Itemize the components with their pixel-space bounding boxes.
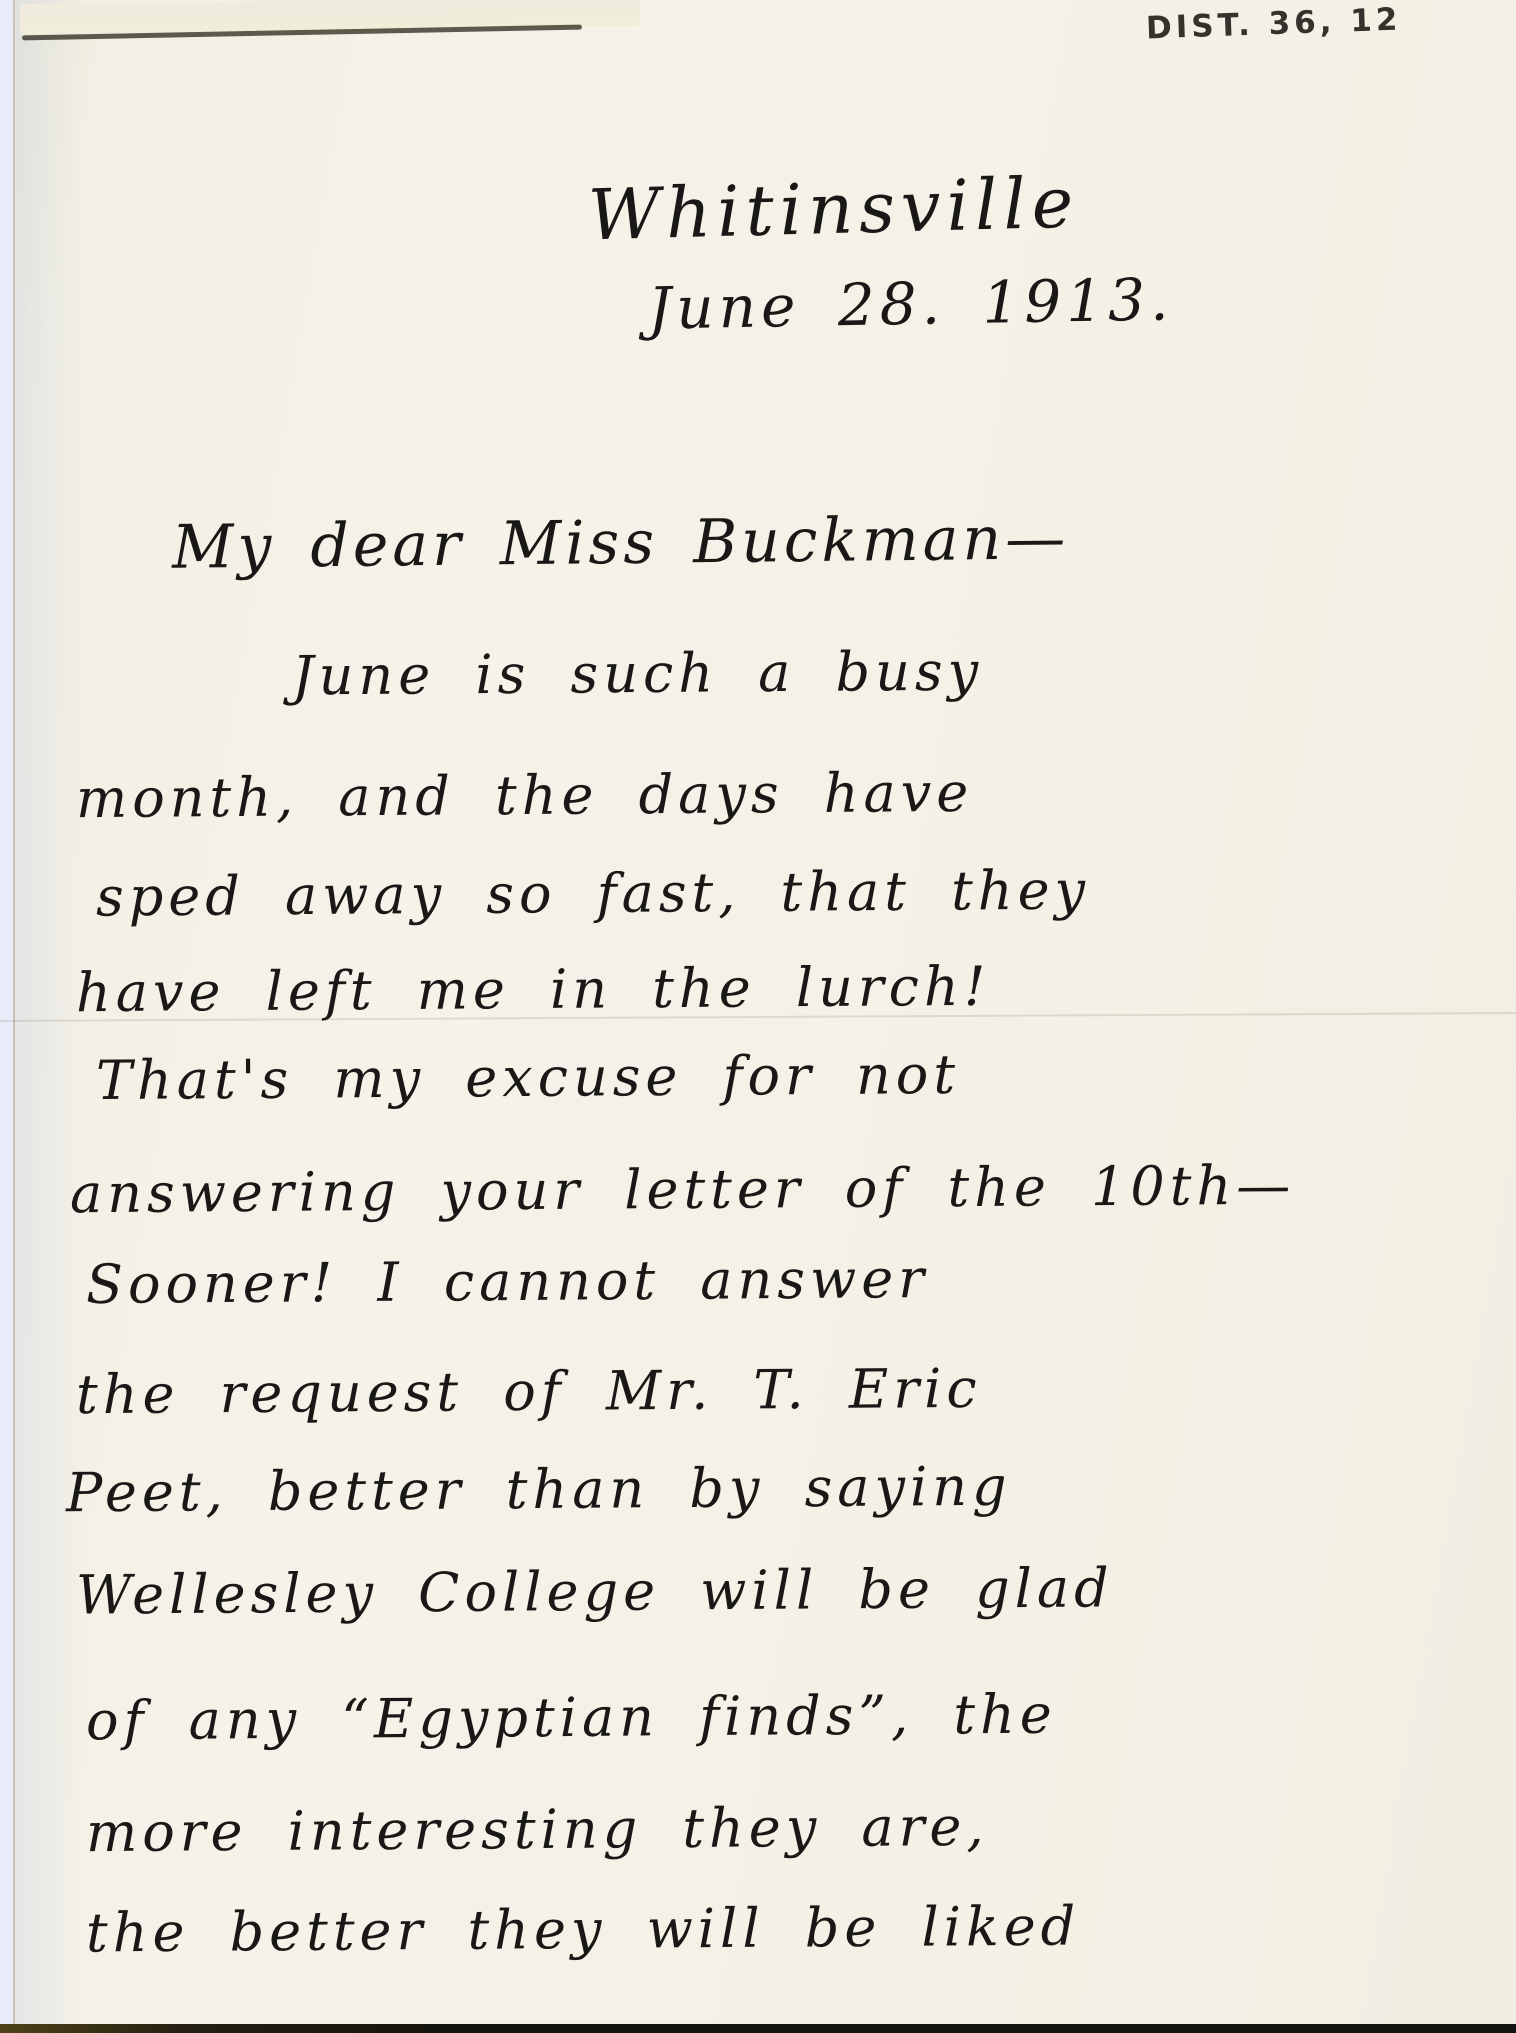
letter-body-line: answering your letter of the 10th— — [70, 1154, 1296, 1226]
letter-body-line: more interesting they are, — [86, 1795, 989, 1864]
letter-body-line: Peet, better than by saying — [66, 1455, 1012, 1525]
letter-salutation: My dear Miss Buckman— — [172, 503, 1070, 582]
letter-body-line: Sooner! I cannot answer — [86, 1247, 929, 1316]
letter-scan-page: DIST. 36, 12 Whitinsville June 28. 1913.… — [0, 0, 1516, 2033]
letter-body-line: month, and the days have — [76, 761, 974, 830]
letter-body-line: June is such a busy — [292, 640, 984, 708]
letter-date: June 28. 1913. — [647, 265, 1174, 342]
letter-body-line: have left me in the lurch! — [76, 955, 991, 1024]
letter-body-line: the better they will be liked — [86, 1895, 1081, 1965]
scanner-edge-strip — [0, 0, 15, 2033]
paper-bottom-edge — [0, 2024, 1516, 2033]
archival-annotation: DIST. 36, 12 — [1145, 2, 1402, 47]
scanner-artifact-band — [15, 0, 85, 2033]
letter-body-line: of any “Egyptian finds”, the — [86, 1683, 1057, 1753]
letter-body-line: the request of Mr. T. Eric — [76, 1357, 982, 1426]
letter-body-line: That's my excuse for not — [96, 1043, 960, 1112]
letter-body-line: Wellesley College will be glad — [76, 1556, 1114, 1626]
letter-body-line: sped away so fast, that they — [96, 859, 1090, 929]
letter-place: Whitinsville — [587, 162, 1080, 257]
